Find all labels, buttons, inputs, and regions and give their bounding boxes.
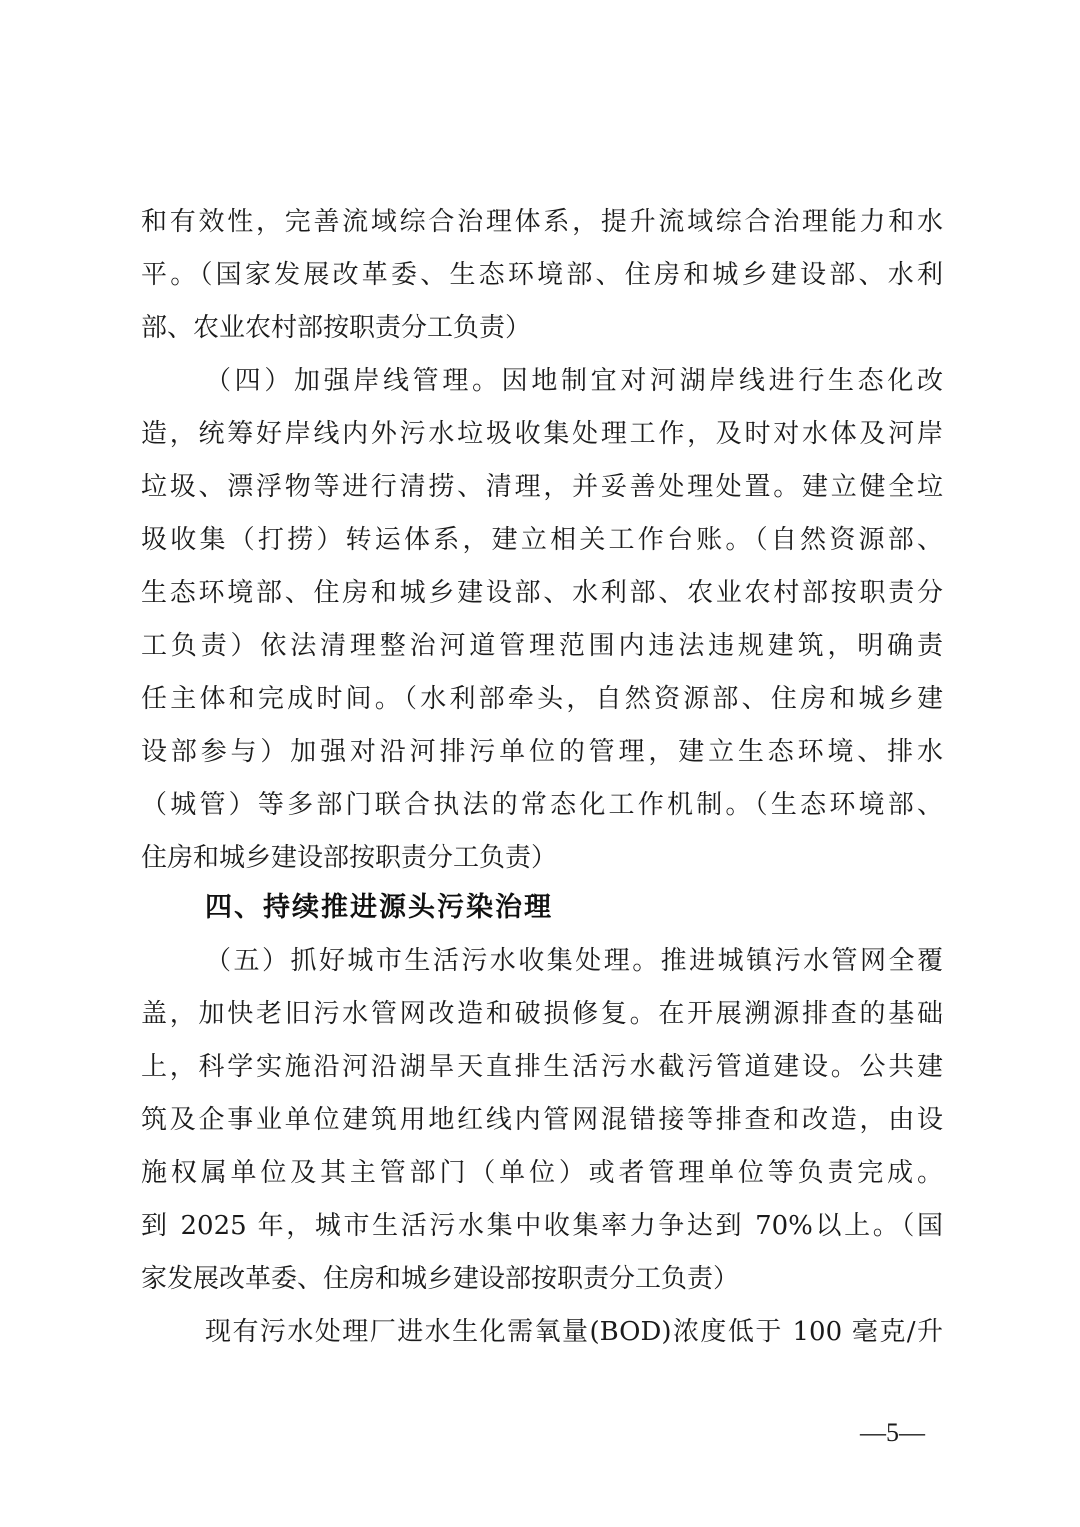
text-line: 住房和城乡建设部按职责分工负责）	[141, 838, 943, 878]
page-number: —5—	[860, 1418, 925, 1448]
text-line: 和有效性，完善流域综合治理体系，提升流域综合治理能力和水	[141, 202, 943, 242]
text-line: 部、农业农村部按职责分工负责）	[141, 308, 943, 348]
text-line: （城管）等多部门联合执法的常态化工作机制。（生态环境部、	[141, 785, 943, 825]
text-line: 设部参与）加强对沿河排污单位的管理，建立生态环境、排水	[141, 732, 943, 772]
text-line: 盖，加快老旧污水管网改造和破损修复。在开展溯源排查的基础	[141, 994, 943, 1034]
section-heading: 四、持续推进源头污染治理	[205, 886, 553, 930]
text-line: 平。（国家发展改革委、生态环境部、住房和城乡建设部、水利	[141, 255, 943, 295]
text-line: 生态环境部、住房和城乡建设部、水利部、农业农村部按职责分	[141, 573, 943, 613]
document-page: 和有效性，完善流域综合治理体系，提升流域综合治理能力和水 平。（国家发展改革委、…	[0, 0, 1080, 1527]
text-line: 造，统筹好岸线内外污水垃圾收集处理工作，及时对水体及河岸	[141, 414, 943, 454]
text-line: 筑及企事业单位建筑用地红线内管网混错接等排查和改造，由设	[141, 1100, 943, 1140]
paragraph-start-line: 现有污水处理厂进水生化需氧量(BOD)浓度低于 100 毫克/升	[205, 1312, 943, 1352]
text-line: 工负责）依法清理整治河道管理范围内违法违规建筑，明确责	[141, 626, 943, 666]
text-line: 垃圾、漂浮物等进行清捞、清理，并妥善处理处置。建立健全垃	[141, 467, 943, 507]
text-line: 施权属单位及其主管部门（单位）或者管理单位等负责完成。	[141, 1153, 943, 1193]
paragraph-start-line: （四）加强岸线管理。因地制宜对河湖岸线进行生态化改	[205, 361, 943, 401]
text-line: 上，科学实施沿河沿湖旱天直排生活污水截污管道建设。公共建	[141, 1047, 943, 1087]
text-line: 圾收集（打捞）转运体系，建立相关工作台账。（自然资源部、	[141, 520, 943, 560]
text-line: 任主体和完成时间。（水利部牵头，自然资源部、住房和城乡建	[141, 679, 943, 719]
text-line: 家发展改革委、住房和城乡建设部按职责分工负责）	[141, 1259, 943, 1299]
paragraph-start-line: （五）抓好城市生活污水收集处理。推进城镇污水管网全覆	[205, 941, 943, 981]
text-line: 到 2025 年，城市生活污水集中收集率力争达到 70%以上。（国	[141, 1206, 943, 1246]
